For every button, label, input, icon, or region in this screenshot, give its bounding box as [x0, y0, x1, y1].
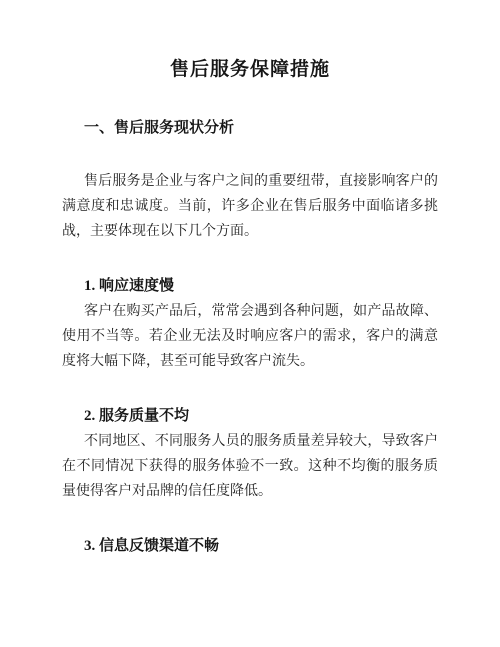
subsection-heading: 1. 响应速度慢: [62, 274, 438, 299]
document-page: 售后服务保障措施 一、售后服务现状分析 售后服务是企业与客户之间的重要纽带，直接…: [0, 0, 500, 647]
document-title: 售后服务保障措施: [62, 56, 438, 84]
subsection-feedback-channel: 3. 信息反馈渠道不畅: [62, 534, 438, 559]
subsection-heading: 3. 信息反馈渠道不畅: [62, 534, 438, 559]
subsection-service-quality: 2. 服务质量不均 不同地区、不同服务人员的服务质量差异较大，导致客户在不同情况…: [62, 404, 438, 504]
subsection-body: 客户在购买产品后，常常会遇到各种问题，如产品故障、使用不当等。若企业无法及时响应…: [62, 299, 438, 374]
section-heading-analysis: 一、售后服务现状分析: [62, 116, 438, 141]
subsection-response-speed: 1. 响应速度慢 客户在购买产品后，常常会遇到各种问题，如产品故障、使用不当等。…: [62, 274, 438, 374]
subsection-heading: 2. 服务质量不均: [62, 404, 438, 429]
subsection-body: 不同地区、不同服务人员的服务质量差异较大，导致客户在不同情况下获得的服务体验不一…: [62, 429, 438, 504]
intro-paragraph: 售后服务是企业与客户之间的重要纽带，直接影响客户的满意度和忠诚度。当前，许多企业…: [62, 169, 438, 244]
